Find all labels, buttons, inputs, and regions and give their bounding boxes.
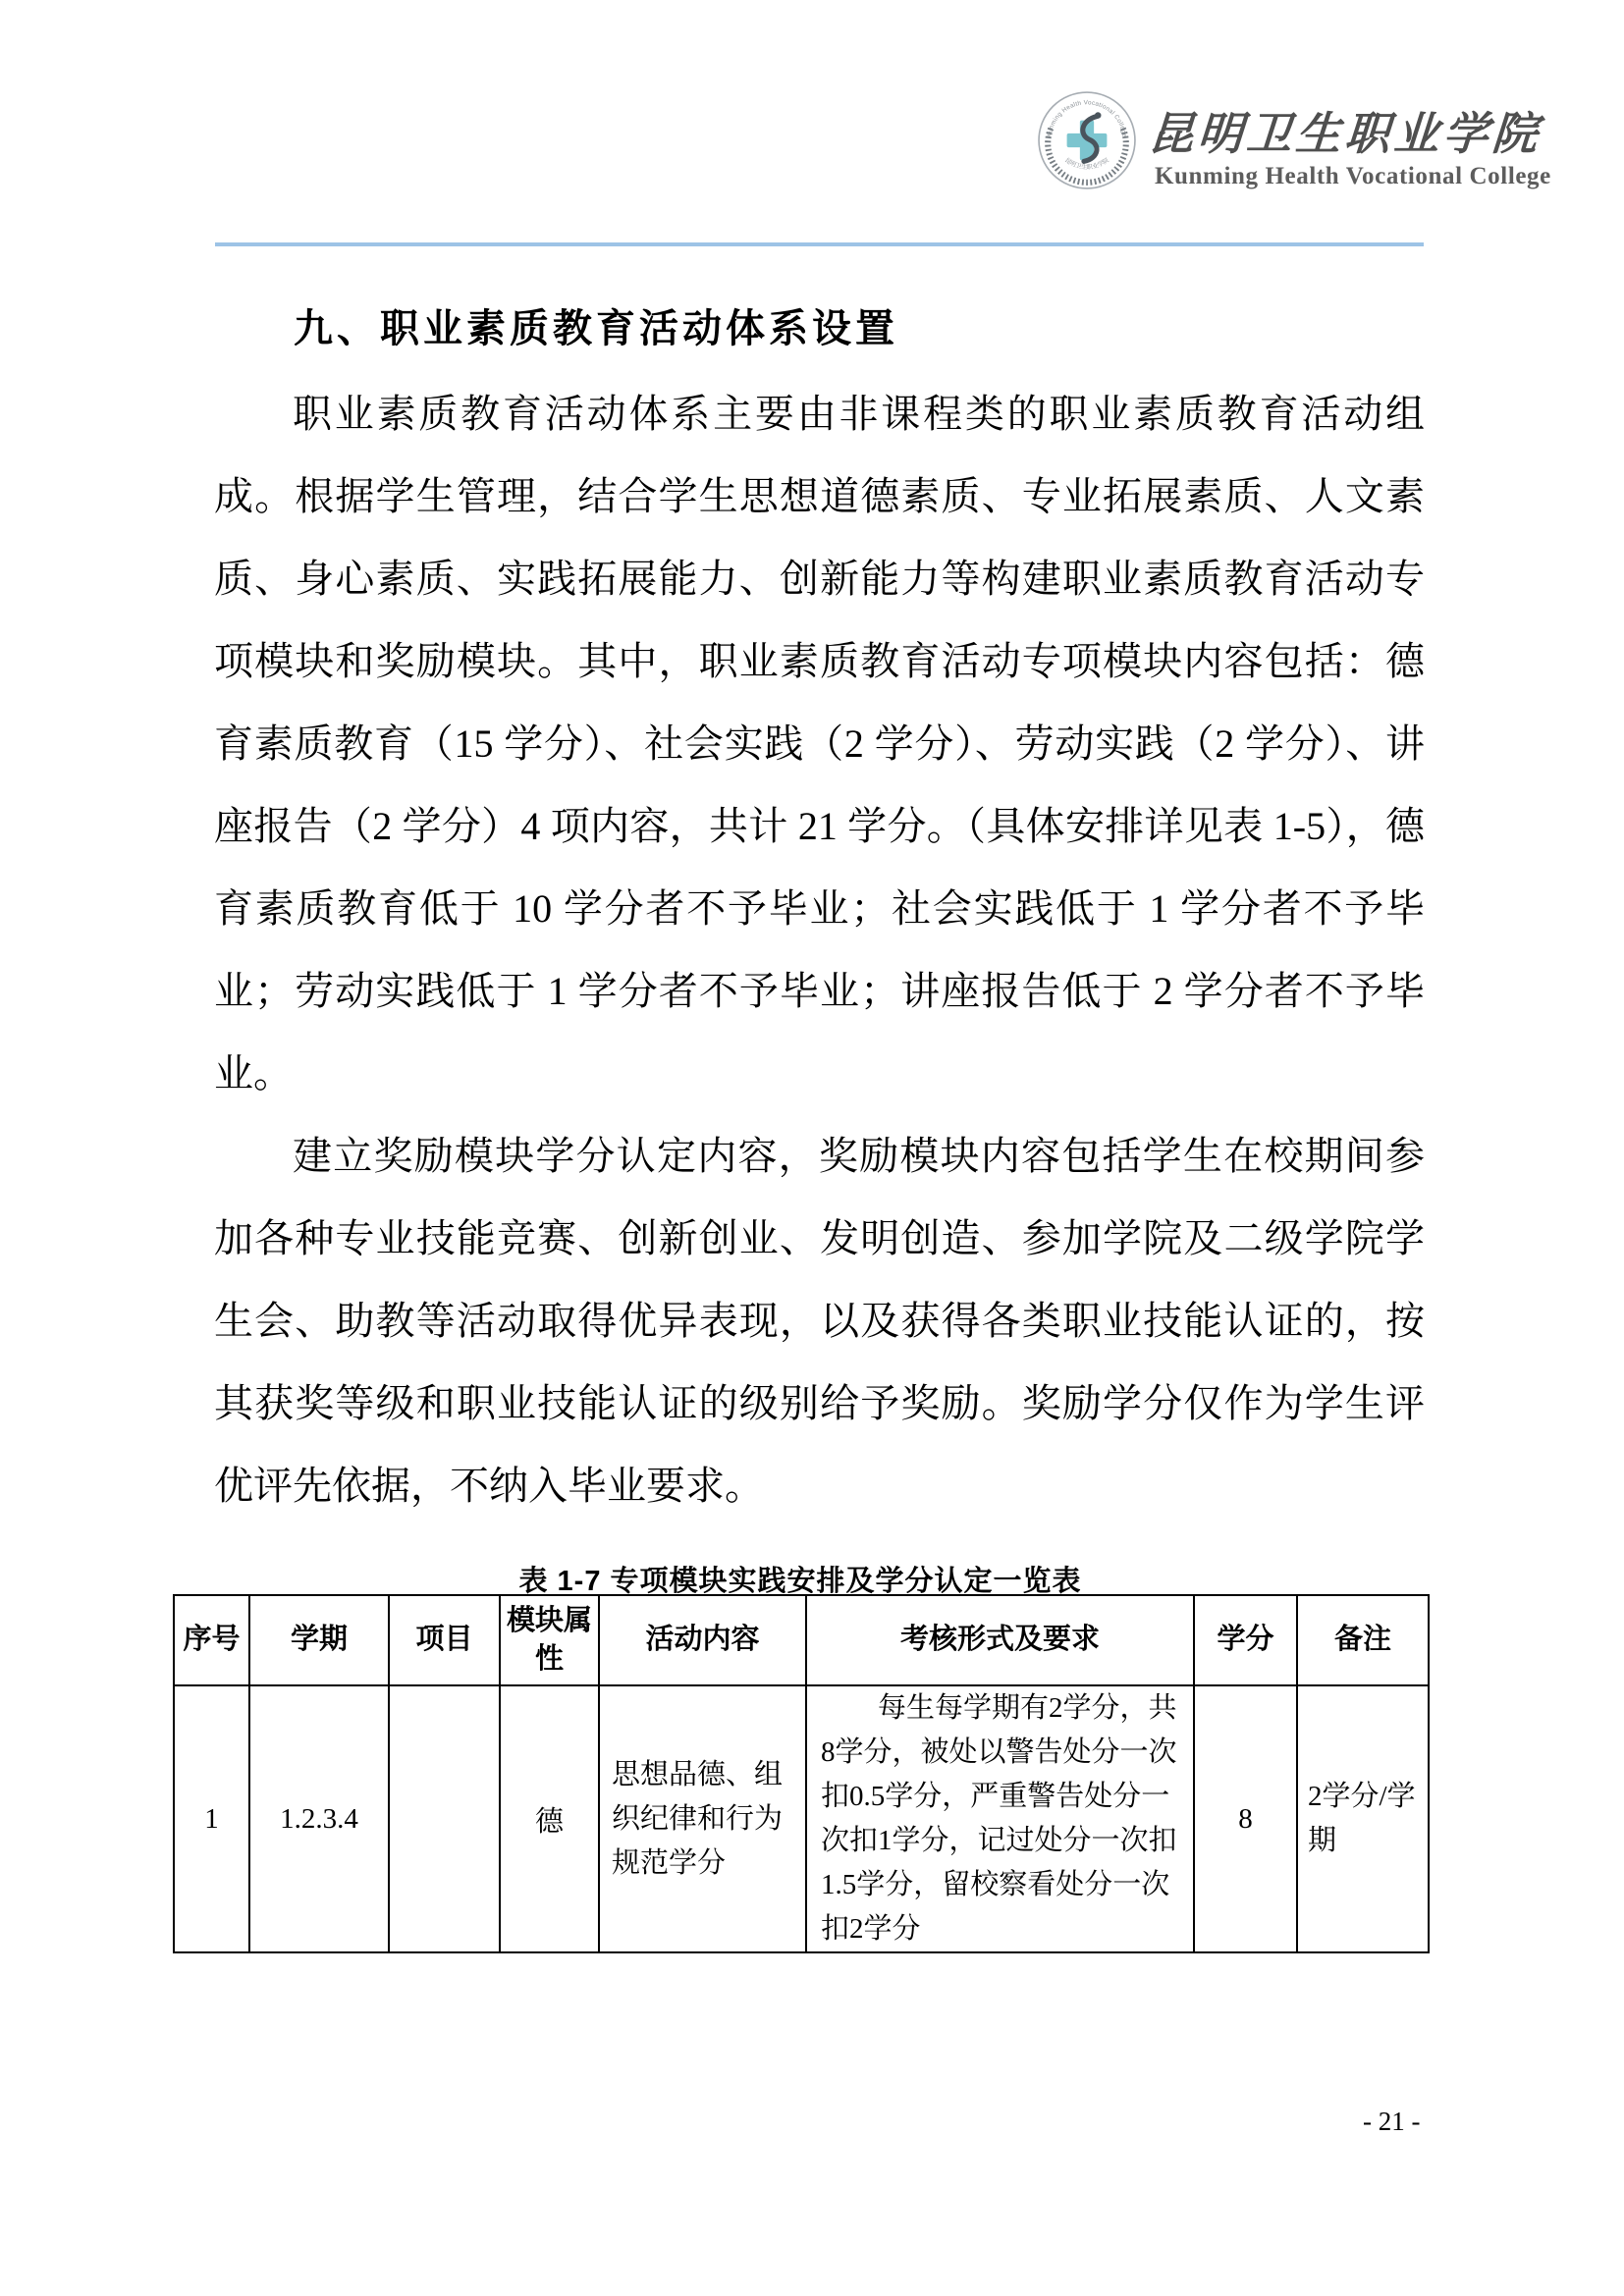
college-name-english: Kunming Health Vocational College [1155, 163, 1551, 190]
college-seal-icon: Kunming Health Vocational College 昆明卫生职业… [1037, 90, 1137, 190]
cell-activity: 思想品德、组织纪律和行为规范学分 [599, 1685, 806, 1952]
col-header-credits: 学分 [1194, 1595, 1297, 1685]
col-header-seq: 序号 [174, 1595, 249, 1685]
col-header-activity: 活动内容 [599, 1595, 806, 1685]
cell-semester: 1.2.3.4 [249, 1685, 389, 1952]
body-text: 职业素质教育活动体系主要由非课程类的职业素质教育活动组成。根据学生管理，结合学生… [214, 373, 1425, 1527]
header-divider-line [215, 242, 1424, 246]
page-number: - 21 - [1363, 2107, 1420, 2137]
seal-dragon-head [1095, 112, 1102, 119]
cell-seq: 1 [174, 1685, 249, 1952]
cell-assessment: 每生每学期有2学分，共8学分，被处以警告处分一次扣0.5学分，严重警告处分一次扣… [806, 1685, 1194, 1952]
cell-module-attr: 德 [500, 1685, 599, 1952]
section-heading: 九、职业素质教育活动体系设置 [294, 297, 898, 353]
credits-table: 序号 学期 项目 模块属性 活动内容 考核形式及要求 学分 备注 1 1.2.3… [173, 1594, 1430, 1953]
table-title: 表 1-7 专项模块实践安排及学分认定一览表 [173, 1559, 1428, 1599]
col-header-assessment: 考核形式及要求 [806, 1595, 1194, 1685]
col-header-semester: 学期 [249, 1595, 389, 1685]
col-header-remark: 备注 [1297, 1595, 1429, 1685]
col-header-module-attr: 模块属性 [500, 1595, 599, 1685]
cell-credits: 8 [1194, 1685, 1297, 1952]
col-header-project: 项目 [389, 1595, 500, 1685]
document-page: Kunming Health Vocational College 昆明卫生职业… [0, 0, 1624, 2296]
paragraph-1: 职业素质教育活动体系主要由非课程类的职业素质教育活动组成。根据学生管理，结合学生… [214, 373, 1425, 1115]
table-row: 1 1.2.3.4 德 思想品德、组织纪律和行为规范学分 每生每学期有2学分，共… [174, 1685, 1429, 1952]
table-header-row: 序号 学期 项目 模块属性 活动内容 考核形式及要求 学分 备注 [174, 1595, 1429, 1685]
cell-remark: 2学分/学期 [1297, 1685, 1429, 1952]
paragraph-2: 建立奖励模块学分认定内容，奖励模块内容包括学生在校期间参加各种专业技能竞赛、创新… [214, 1115, 1425, 1527]
cell-project [389, 1685, 500, 1952]
college-name-calligraphy: 昆明卫生职业学院 [1147, 98, 1517, 163]
